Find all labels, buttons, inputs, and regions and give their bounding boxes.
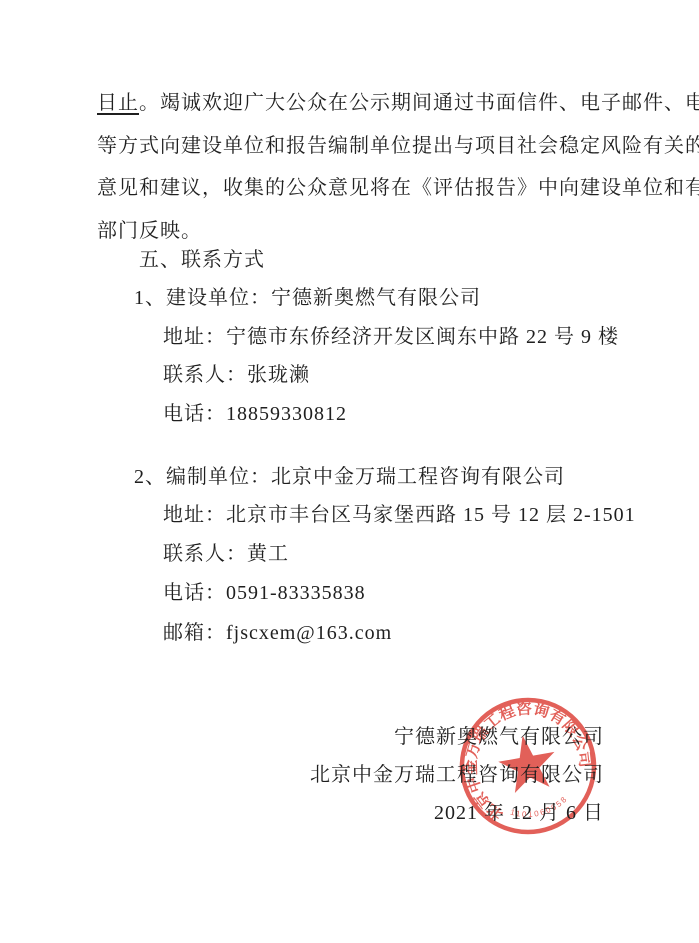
intro-line-2: 等方式向建设单位和报告编制单位提出与项目社会稳定风险有关的 bbox=[97, 129, 699, 158]
underlined-date-end: 日止 bbox=[97, 92, 139, 114]
signature-company-2: 北京中金万瑞工程咨询有限公司 bbox=[310, 758, 604, 787]
intro-line-1: 日止。竭诚欢迎广大公众在公示期间通过书面信件、电子邮件、电话 bbox=[97, 86, 699, 115]
contact2-email: 邮箱：fjscxem@163.com bbox=[163, 616, 392, 645]
intro-line-4: 部门反映。 bbox=[97, 214, 202, 243]
signature-date: 2021 年 12 月 6 日 bbox=[434, 796, 604, 825]
section-heading: 五、联系方式 bbox=[139, 243, 265, 272]
document-page: 日止。竭诚欢迎广大公众在公示期间通过书面信件、电子邮件、电话 等方式向建设单位和… bbox=[0, 0, 699, 943]
intro-line-3: 意见和建议，收集的公众意见将在《评估报告》中向建设单位和有关 bbox=[97, 171, 699, 200]
contact1-person: 联系人：张珑濑 bbox=[163, 358, 310, 387]
contact2-address: 地址：北京市丰台区马家堡西路 15 号 12 层 2-1501 bbox=[163, 498, 636, 527]
contact2-phone: 电话：0591-83335838 bbox=[163, 576, 366, 605]
contact1-phone: 电话：18859330812 bbox=[163, 397, 347, 426]
intro-line-1-text: 。竭诚欢迎广大公众在公示期间通过书面信件、电子邮件、电话 bbox=[139, 92, 699, 114]
contact2-label: 2、编制单位：北京中金万瑞工程咨询有限公司 bbox=[134, 460, 565, 489]
signature-company-1: 宁德新奥燃气有限公司 bbox=[394, 720, 604, 749]
contact1-label: 1、建设单位：宁德新奥燃气有限公司 bbox=[134, 281, 481, 310]
contact2-person: 联系人：黄工 bbox=[163, 537, 289, 566]
contact1-address: 地址：宁德市东侨经济开发区闽东中路 22 号 9 楼 bbox=[163, 320, 619, 349]
